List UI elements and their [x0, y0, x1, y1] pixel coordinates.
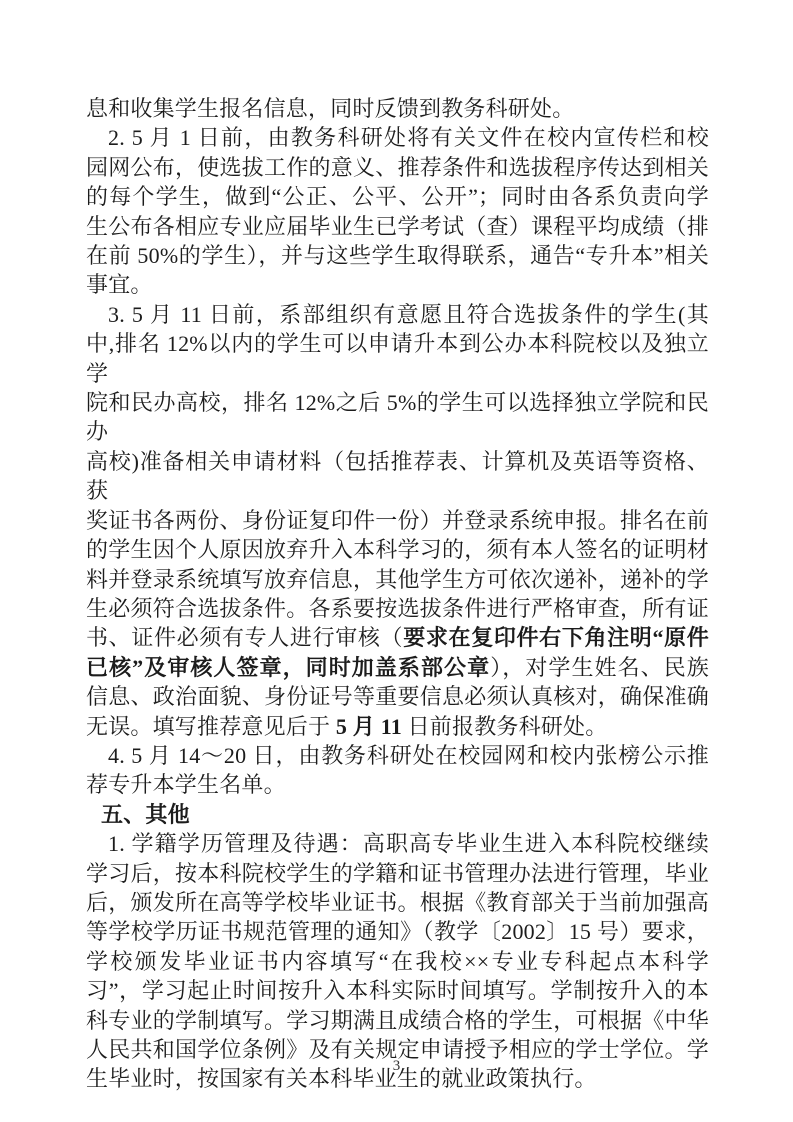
text-line: 无误。填写推荐意见后于 5 月 11 日前报教务科研处。: [86, 712, 709, 741]
bold-text-segment: 已核”及审核人签章，同时加盖系部公章: [86, 655, 490, 680]
document-lines: 息和收集学生报名信息，同时反馈到教务科研处。2. 5 月 1 日前，由教务科研处…: [86, 94, 709, 1094]
text-line: 院和民办高校，排名 12%之后 5%的学生可以选择独立学院和民办: [86, 388, 709, 447]
text-segment: 院和民办高校，排名 12%之后 5%的学生可以选择独立学院和民办: [86, 390, 709, 444]
text-segment: 学习后，按本科院校学生的学籍和证书管理办法进行管理，毕业: [86, 861, 709, 886]
text-line: 习”，学习起止时间按升入本科实际时间填写。学制按升入的本: [86, 976, 709, 1005]
text-line: 等学校学历证书规范管理的通知》（教学〔2002〕15 号）要求，: [86, 917, 709, 946]
text-line: 在前 50%的学生），并与这些学生取得联系，通告“专升本”相关: [86, 241, 709, 270]
text-line: 的学生因个人原因放弃升入本科学习的，须有本人签名的证明材: [86, 535, 709, 564]
text-line: 高校)准备相关申请材料（包括推荐表、计算机及英语等资格、获: [86, 447, 709, 506]
text-line: 2. 5 月 1 日前，由教务科研处将有关文件在校内宣传栏和校: [86, 123, 709, 152]
bold-text-segment: 要求在复印件右下角注明“原件: [403, 625, 709, 650]
text-segment: 无误。填写推荐意见后于: [86, 714, 336, 739]
text-segment: 荐专升本学生名单。: [86, 772, 286, 797]
text-segment: 学校颁发毕业证书内容填写“在我校××专业专科起点本科学: [86, 949, 709, 974]
text-segment: 信息、政治面貌、身份证号等重要信息必须认真核对，确保准确: [86, 684, 709, 709]
text-line: 4. 5 月 14～20 日，由教务科研处在校园网和校内张榜公示推: [86, 741, 709, 770]
text-line: 学习后，按本科院校学生的学籍和证书管理办法进行管理，毕业: [86, 859, 709, 888]
text-line: 的每个学生，做到“公正、公平、公开”；同时由各系负责向学: [86, 182, 709, 211]
text-segment: 4. 5 月 14～20 日，由教务科研处在校园网和校内张榜公示推: [108, 743, 709, 768]
text-segment: 后，颁发所在高等学校毕业证书。根据《教育部关于当前加强高: [86, 890, 709, 915]
text-segment: 1. 学籍学历管理及待遇：高职高专毕业生进入本科院校继续: [108, 831, 709, 856]
text-segment: 奖证书各两份、身份证复印件一份）并登录系统申报。排名在前: [86, 508, 709, 533]
text-segment: 在前 50%的学生），并与这些学生取得联系，通告“专升本”相关: [86, 243, 709, 268]
text-segment: 生必须符合选拔条件。各系要按选拔条件进行严格审查，所有证: [86, 596, 709, 621]
text-segment: 2. 5 月 1 日前，由教务科研处将有关文件在校内宣传栏和校: [108, 125, 709, 150]
text-segment: 科专业的学制填写。学习期满且成绩合格的学生，可根据《中华: [86, 1008, 709, 1033]
text-segment: 日前报教务科研处。: [402, 714, 608, 739]
text-line: 生公布各相应专业应届毕业生已学考试（查）课程平均成绩（排: [86, 212, 709, 241]
text-segment: 生公布各相应专业应届毕业生已学考试（查）课程平均成绩（排: [86, 214, 709, 239]
text-line: 已核”及审核人签章，同时加盖系部公章），对学生姓名、民族: [86, 653, 709, 682]
text-line: 学校颁发毕业证书内容填写“在我校××专业专科起点本科学: [86, 947, 709, 976]
text-segment: ），对学生姓名、民族: [490, 655, 709, 680]
text-segment: 料并登录系统填写放弃信息，其他学生方可依次递补，递补的学: [86, 567, 709, 592]
text-line: 中,排名 12%以内的学生可以申请升本到公办本科院校以及独立学: [86, 329, 709, 388]
text-line: 息和收集学生报名信息，同时反馈到教务科研处。: [86, 94, 709, 123]
text-line: 五、其他: [86, 800, 709, 829]
text-line: 料并登录系统填写放弃信息，其他学生方可依次递补，递补的学: [86, 565, 709, 594]
text-line: 3. 5 月 11 日前，系部组织有意愿且符合选拔条件的学生(其: [86, 300, 709, 329]
text-line: 生必须符合选拔条件。各系要按选拔条件进行严格审查，所有证: [86, 594, 709, 623]
page-footer: 3: [0, 1058, 793, 1075]
text-line: 科专业的学制填写。学习期满且成绩合格的学生，可根据《中华: [86, 1006, 709, 1035]
text-segment: 息和收集学生报名信息，同时反馈到教务科研处。: [86, 96, 574, 121]
document-page: 息和收集学生报名信息，同时反馈到教务科研处。2. 5 月 1 日前，由教务科研处…: [0, 0, 793, 1122]
text-segment: 的每个学生，做到“公正、公平、公开”；同时由各系负责向学: [86, 184, 709, 209]
text-segment: 园网公布，使选拔工作的意义、推荐条件和选拔程序传达到相关: [86, 155, 709, 180]
text-line: 书、证件必须有专人进行审核（要求在复印件右下角注明“原件: [86, 623, 709, 652]
bold-text-segment: 5 月 11: [336, 714, 402, 739]
text-segment: 3. 5 月 11 日前，系部组织有意愿且符合选拔条件的学生(其: [108, 302, 709, 327]
text-segment: 书、证件必须有专人进行审核（: [86, 625, 403, 650]
text-line: 后，颁发所在高等学校毕业证书。根据《教育部关于当前加强高: [86, 888, 709, 917]
text-line: 1. 学籍学历管理及待遇：高职高专毕业生进入本科院校继续: [86, 829, 709, 858]
page-number: 3: [393, 1058, 401, 1074]
bold-text-segment: 五、其他: [101, 802, 190, 827]
text-segment: 习”，学习起止时间按升入本科实际时间填写。学制按升入的本: [86, 978, 709, 1003]
text-line: 奖证书各两份、身份证复印件一份）并登录系统申报。排名在前: [86, 506, 709, 535]
text-line: 信息、政治面貌、身份证号等重要信息必须认真核对，确保准确: [86, 682, 709, 711]
text-segment: 高校)准备相关申请材料（包括推荐表、计算机及英语等资格、获: [86, 449, 709, 503]
text-segment: 事宜。: [86, 272, 153, 297]
text-segment: 的学生因个人原因放弃升入本科学习的，须有本人签名的证明材: [86, 537, 709, 562]
text-line: 荐专升本学生名单。: [86, 770, 709, 799]
text-segment: 等学校学历证书规范管理的通知》（教学〔2002〕15 号）要求，: [86, 919, 709, 944]
text-segment: 中,排名 12%以内的学生可以申请升本到公办本科院校以及独立学: [86, 331, 709, 385]
text-line: 园网公布，使选拔工作的意义、推荐条件和选拔程序传达到相关: [86, 153, 709, 182]
text-line: 事宜。: [86, 270, 709, 299]
